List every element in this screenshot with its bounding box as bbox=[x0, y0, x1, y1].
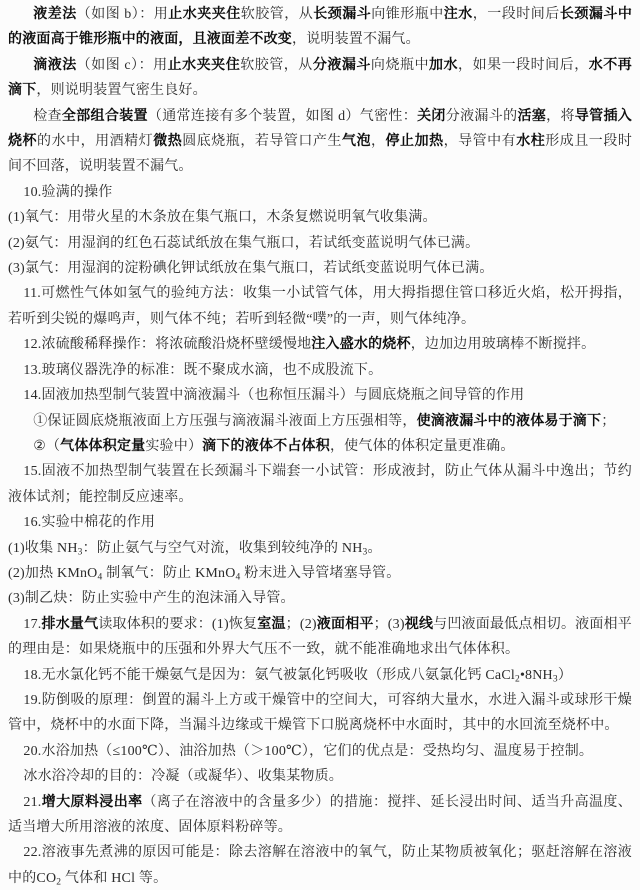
text-segment: ， bbox=[371, 134, 386, 149]
bold-key-phrase: 止水夹夹住 bbox=[168, 7, 241, 22]
paragraph: 16.实验中棉花的作用 bbox=[8, 510, 632, 535]
text-segment: 14.固液加热型制气装置中滴液漏斗（也称恒压漏斗）与圆底烧瓶之间导管的作用 bbox=[23, 388, 524, 403]
bold-key-phrase: 微热 bbox=[153, 134, 182, 149]
text-segment: （如图 c）：用 bbox=[77, 58, 168, 73]
text-segment: ①保证圆底烧瓶液面上方压强与滴液漏斗液面上方压强相等， bbox=[33, 414, 416, 429]
text-segment: (1)氧气：用带火星的木条放在集气瓶口，木条复燃说明氧气收集满。 bbox=[8, 210, 437, 225]
text-segment: 软胶管，从 bbox=[240, 58, 313, 73]
text-segment: 18.无水氯化钙不能干燥氨气是因为：氨气被氯化钙吸收（形成八氨氯化钙 CaCl bbox=[23, 668, 515, 683]
paragraph: 13.玻璃仪器洗净的标准：既不聚成水滴，也不成股流下。 bbox=[8, 358, 632, 383]
text-segment: 21. bbox=[23, 795, 41, 810]
text-segment: ，边加边用玻璃棒不断搅拌。 bbox=[411, 337, 596, 352]
bold-key-phrase: 液差法 bbox=[33, 7, 77, 22]
text-segment: ；(3) bbox=[374, 617, 405, 632]
text-segment: 19.防倒吸的原理：倒置的漏斗上方或干燥管中的空间大，可容纳大量水，水进入漏斗或… bbox=[8, 693, 632, 733]
paragraph: 15.固液不加热型制气装置在长颈漏斗下端套一小试管：形成液封，防止气体从漏斗中逸… bbox=[8, 459, 632, 510]
bold-key-phrase: 全部组合装置 bbox=[62, 109, 148, 124]
text-segment: ；(2) bbox=[286, 617, 317, 632]
paragraph: (1)氧气：用带火星的木条放在集气瓶口，木条复燃说明氧气收集满。 bbox=[8, 205, 632, 230]
bold-key-phrase: 水柱 bbox=[516, 134, 545, 149]
text-segment: 读取体积的要求：(1)恢复 bbox=[98, 617, 257, 632]
text-segment: ； bbox=[601, 414, 615, 429]
bold-key-phrase: 液面相平 bbox=[317, 617, 374, 632]
paragraph: 11.可燃性气体如氢气的验纯方法：收集一小试管气体，用大拇指摁住管口移近火焰，松… bbox=[8, 281, 632, 332]
text-segment: 圆底烧瓶，若导管口产生 bbox=[182, 134, 342, 149]
text-segment: (2)加热 KMnO bbox=[8, 566, 98, 581]
text-segment: 10.验满的操作 bbox=[23, 185, 112, 200]
paragraph: ②（气体体积定量实验中）滴下的液体不占体积，使气体的体积定量更准确。 bbox=[8, 434, 632, 459]
text-segment: ，一段时间后 bbox=[473, 7, 560, 22]
text-segment: (2)氨气：用湿润的红色石蕊试纸放在集气瓶口，若试纸变蓝说明气体已满。 bbox=[8, 236, 479, 251]
text-segment: ②（ bbox=[33, 439, 60, 454]
bold-key-phrase: 止水夹夹住 bbox=[168, 58, 241, 73]
text-segment: （通常连接有多个装置，如图 d）气密性： bbox=[148, 109, 417, 124]
text-segment: （如图 b）：用 bbox=[77, 7, 169, 22]
text-segment: 制氧气：防止 KMnO bbox=[102, 566, 235, 581]
paragraph: 21.增大原料浸出率（离子在溶液中的含量多少）的措施：搅拌、延长浸出时间、适当升… bbox=[8, 790, 632, 841]
bold-key-phrase: 注入盛水的烧杯 bbox=[311, 337, 410, 352]
text-segment: (3)氯气：用湿润的淀粉碘化钾试纸放在集气瓶口，若试纸变蓝说明气体已满。 bbox=[8, 261, 494, 276]
bold-key-phrase: 排水量气 bbox=[42, 617, 99, 632]
paragraph: (2)加热 KMnO4 制氧气：防止 KMnO4 粉末进入导管堵塞导管。 bbox=[8, 561, 632, 586]
bold-key-phrase: 滴下的液体不占体积 bbox=[202, 439, 330, 454]
text-segment: 向烧瓶中 bbox=[371, 58, 429, 73]
text-segment: •8NH bbox=[520, 668, 553, 683]
text-segment: 气体和 HCl 等。 bbox=[61, 871, 167, 886]
text-segment: 软胶管，从 bbox=[241, 7, 314, 22]
bold-key-phrase: 关闭 bbox=[417, 109, 446, 124]
text-segment: 的水中，用酒精灯 bbox=[37, 134, 153, 149]
document-body: 液差法（如图 b）：用止水夹夹住软胶管，从长颈漏斗向锥形瓶中注水，一段时间后长颈… bbox=[8, 2, 632, 890]
paragraph: (2)氨气：用湿润的红色石蕊试纸放在集气瓶口，若试纸变蓝说明气体已满。 bbox=[8, 231, 632, 256]
bold-key-phrase: 加水 bbox=[429, 58, 458, 73]
text-segment: 13.玻璃仪器洗净的标准：既不聚成水滴，也不成股流下。 bbox=[23, 363, 382, 378]
bold-key-phrase: 使滴液漏斗中的液体易于滴下 bbox=[417, 414, 602, 429]
paragraph: (3)制乙炔：防止实验中产生的泡沫涌入导管。 bbox=[8, 586, 632, 611]
text-segment: 16.实验中棉花的作用 bbox=[23, 515, 155, 530]
bold-key-phrase: 视线 bbox=[405, 617, 433, 632]
text-segment: ：防止氨气与空气对流，收集到较纯净的 NH bbox=[83, 541, 363, 556]
text-segment: 实验中） bbox=[145, 439, 202, 454]
text-segment: 17. bbox=[23, 617, 41, 632]
text-segment: 向锥形瓶中 bbox=[371, 7, 444, 22]
paragraph: 18.无水氯化钙不能干燥氨气是因为：氨气被氯化钙吸收（形成八氨氯化钙 CaCl2… bbox=[8, 663, 632, 688]
text-segment: 粉末进入导管堵塞导管。 bbox=[241, 566, 401, 581]
text-segment: ，将 bbox=[546, 109, 575, 124]
paragraph: 冰水浴冷却的目的：冷凝（或凝华）、收集某物质。 bbox=[8, 764, 632, 789]
text-segment: ，如果一段时间后， bbox=[458, 58, 589, 73]
bold-key-phrase: 活塞 bbox=[517, 109, 546, 124]
paragraph: 12.浓硫酸稀释操作：将浓硫酸沿烧杯壁缓慢地注入盛水的烧杯，边加边用玻璃棒不断搅… bbox=[8, 332, 632, 357]
paragraph: 滴液法（如图 c）：用止水夹夹住软胶管，从分液漏斗向烧瓶中加水，如果一段时间后，… bbox=[8, 53, 632, 104]
text-segment: ，使气体的体积定量更准确。 bbox=[330, 439, 515, 454]
paragraph: (1)收集 NH3：防止氨气与空气对流，收集到较纯净的 NH3。 bbox=[8, 536, 632, 561]
text-segment: ，则说明装置气密生良好。 bbox=[36, 83, 206, 98]
paragraph: 10.验满的操作 bbox=[8, 180, 632, 205]
text-segment: 分液漏斗的 bbox=[446, 109, 518, 124]
text-segment: 检查 bbox=[33, 109, 62, 124]
text-segment: (1)收集 NH bbox=[8, 541, 78, 556]
text-segment: CO bbox=[36, 871, 56, 886]
text-segment: 11.可燃性气体如氢气的验纯方法：收集一小试管气体，用大拇指摁住管口移近火焰，松… bbox=[8, 286, 632, 326]
text-segment: 15.固液不加热型制气装置在长颈漏斗下端套一小试管：形成液封，防止气体从漏斗中逸… bbox=[8, 464, 632, 504]
bold-key-phrase: 停止加热 bbox=[386, 134, 444, 149]
text-segment: 冰水浴冷却的目的：冷凝（或凝华）、收集某物质。 bbox=[23, 769, 343, 784]
bold-key-phrase: 气泡 bbox=[342, 134, 371, 149]
paragraph: 17.排水量气读取体积的要求：(1)恢复室温；(2)液面相平；(3)视线与凹液面… bbox=[8, 612, 632, 663]
text-segment: ） bbox=[558, 668, 572, 683]
bold-key-phrase: 室温 bbox=[257, 617, 285, 632]
text-segment: ，导管中有 bbox=[444, 134, 517, 149]
bold-key-phrase: 增大原料浸出率 bbox=[42, 795, 143, 810]
bold-key-phrase: 气体体积定量 bbox=[60, 439, 145, 454]
bold-key-phrase: 注水 bbox=[444, 7, 473, 22]
text-segment: 。 bbox=[368, 541, 382, 556]
bold-key-phrase: 分液漏斗 bbox=[313, 58, 371, 73]
paragraph: 14.固液加热型制气装置中滴液漏斗（也称恒压漏斗）与圆底烧瓶之间导管的作用 bbox=[8, 383, 632, 408]
text-segment: (3)制乙炔：防止实验中产生的泡沫涌入导管。 bbox=[8, 591, 295, 606]
paragraph: 22.溶液事先煮沸的原因可能是：除去溶解在溶液中的氧气，防止某物质被氧化；驱赶溶… bbox=[8, 840, 632, 890]
paragraph: 检查全部组合装置（通常连接有多个装置，如图 d）气密性：关闭分液漏斗的活塞，将导… bbox=[8, 104, 632, 180]
paragraph: 20.水浴加热（≤100℃）、油浴加热（＞100℃），它们的优点是：受热均匀、温… bbox=[8, 739, 632, 764]
paragraph: (3)氯气：用湿润的淀粉碘化钾试纸放在集气瓶口，若试纸变蓝说明气体已满。 bbox=[8, 256, 632, 281]
bold-key-phrase: 长颈漏斗 bbox=[313, 7, 371, 22]
text-segment: ，说明装置不漏气。 bbox=[292, 32, 420, 47]
paragraph: 液差法（如图 b）：用止水夹夹住软胶管，从长颈漏斗向锥形瓶中注水，一段时间后长颈… bbox=[8, 2, 632, 53]
document-page: 液差法（如图 b）：用止水夹夹住软胶管，从长颈漏斗向锥形瓶中注水，一段时间后长颈… bbox=[0, 0, 640, 890]
bold-key-phrase: 滴液法 bbox=[33, 58, 77, 73]
text-segment: 20.水浴加热（≤100℃）、油浴加热（＞100℃），它们的优点是：受热均匀、温… bbox=[23, 744, 593, 759]
paragraph: ①保证圆底烧瓶液面上方压强与滴液漏斗液面上方压强相等，使滴液漏斗中的液体易于滴下… bbox=[8, 409, 632, 434]
text-segment: 12.浓硫酸稀释操作：将浓硫酸沿烧杯壁缓慢地 bbox=[23, 337, 311, 352]
paragraph: 19.防倒吸的原理：倒置的漏斗上方或干燥管中的空间大，可容纳大量水，水进入漏斗或… bbox=[8, 688, 632, 739]
